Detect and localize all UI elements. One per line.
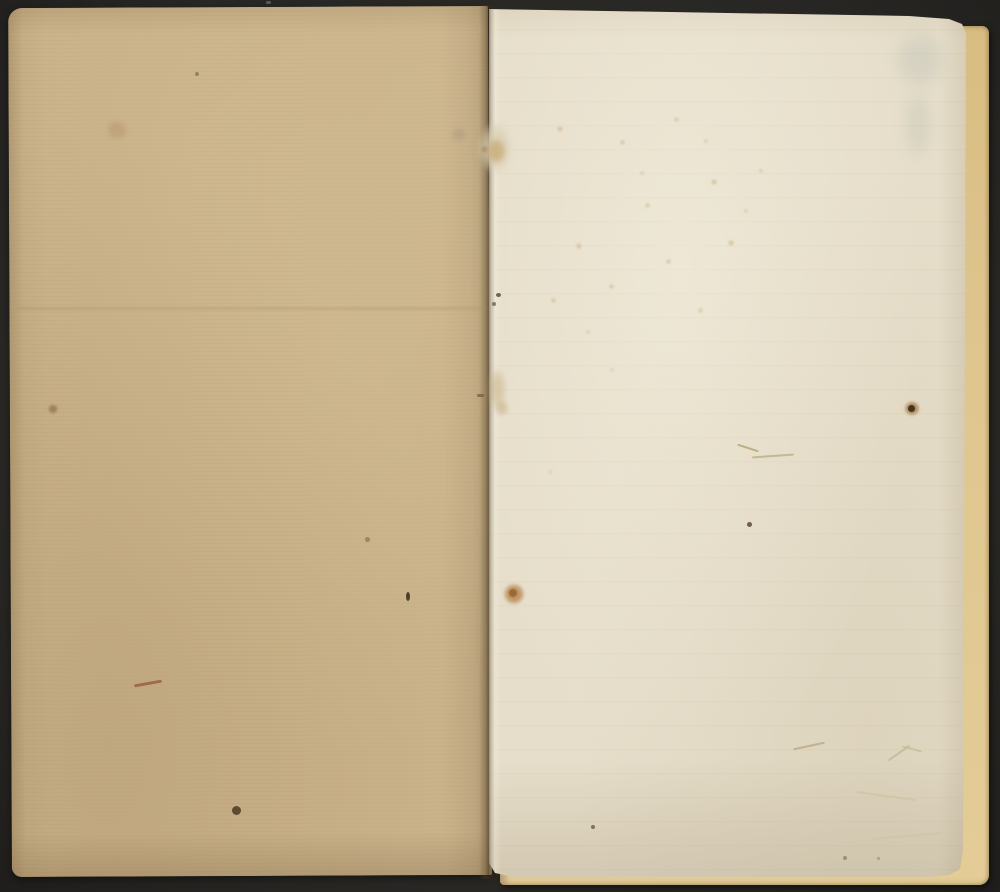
foxing-spot (674, 117, 679, 122)
stain-right-page-gutter (503, 583, 525, 605)
foxing-spot (666, 259, 671, 264)
stain-left-page-top (106, 120, 128, 140)
speck-right-page-bottom-b (843, 856, 847, 860)
foxing-spot (759, 169, 763, 173)
smudge-gutter-mid (488, 368, 506, 410)
foxing-spot (609, 284, 614, 289)
foxing-spot (557, 126, 563, 132)
crease-right-page-corner-d (872, 832, 942, 840)
fiber-right-page-low (793, 742, 825, 751)
showthrough-right-page-top-a (893, 28, 948, 90)
speck-left-page-upper (195, 72, 199, 76)
foxing-spot (586, 330, 590, 334)
stain-gutter-core (486, 138, 506, 164)
foxing-spot (728, 240, 734, 246)
smudge-left-page-gutter-top (451, 127, 467, 142)
foxing-spot (704, 139, 708, 143)
foxing-spot (645, 203, 650, 208)
foxing-spot (711, 179, 717, 185)
spot-left-page-bottom (232, 806, 241, 815)
stain-gutter-dot (481, 146, 488, 153)
speck-gutter-b (492, 302, 496, 306)
speck-left-page-dark (406, 592, 410, 601)
showthrough-right-page-top-b (903, 88, 933, 160)
marks-layer (0, 0, 1000, 892)
crease-right-page-corner-c (856, 791, 916, 801)
stain-right-page-gutter-core (508, 588, 518, 598)
speck-right-page-mid (747, 522, 752, 527)
speck-right-page-bottom-c (877, 857, 880, 860)
foxing-spot (551, 298, 556, 303)
smudge-gutter-mid-lower (495, 400, 509, 416)
foxing-spot (640, 171, 644, 175)
fiber-right-page-mid-b (752, 454, 794, 459)
fleck-left-page-edge (48, 404, 58, 414)
foxing-spot (744, 209, 748, 213)
dash-left-page-gutter (477, 394, 484, 397)
spot-right-page-edge (904, 401, 920, 416)
speck-left-page-center (365, 537, 370, 542)
foxing-spot (620, 140, 625, 145)
crease-left-page-horizontal (16, 307, 484, 310)
spot-right-page-edge-core (908, 405, 915, 412)
stain-gutter-pale (478, 122, 512, 174)
fiber-right-page-mid-a (737, 444, 759, 453)
speck-right-page-bottom-a (591, 825, 595, 829)
foxing-spot (610, 368, 614, 372)
fiber-left-page (134, 680, 162, 688)
foxing-spot (576, 243, 582, 249)
foxing-spot (548, 470, 552, 474)
crease-right-page-corner-a (888, 745, 910, 762)
foxing-spot (698, 308, 703, 313)
dust-speck-background-top (266, 1, 271, 4)
speck-gutter-a (496, 293, 501, 297)
book-scan-background (0, 0, 1000, 892)
crease-right-page-corner-b (902, 745, 922, 752)
